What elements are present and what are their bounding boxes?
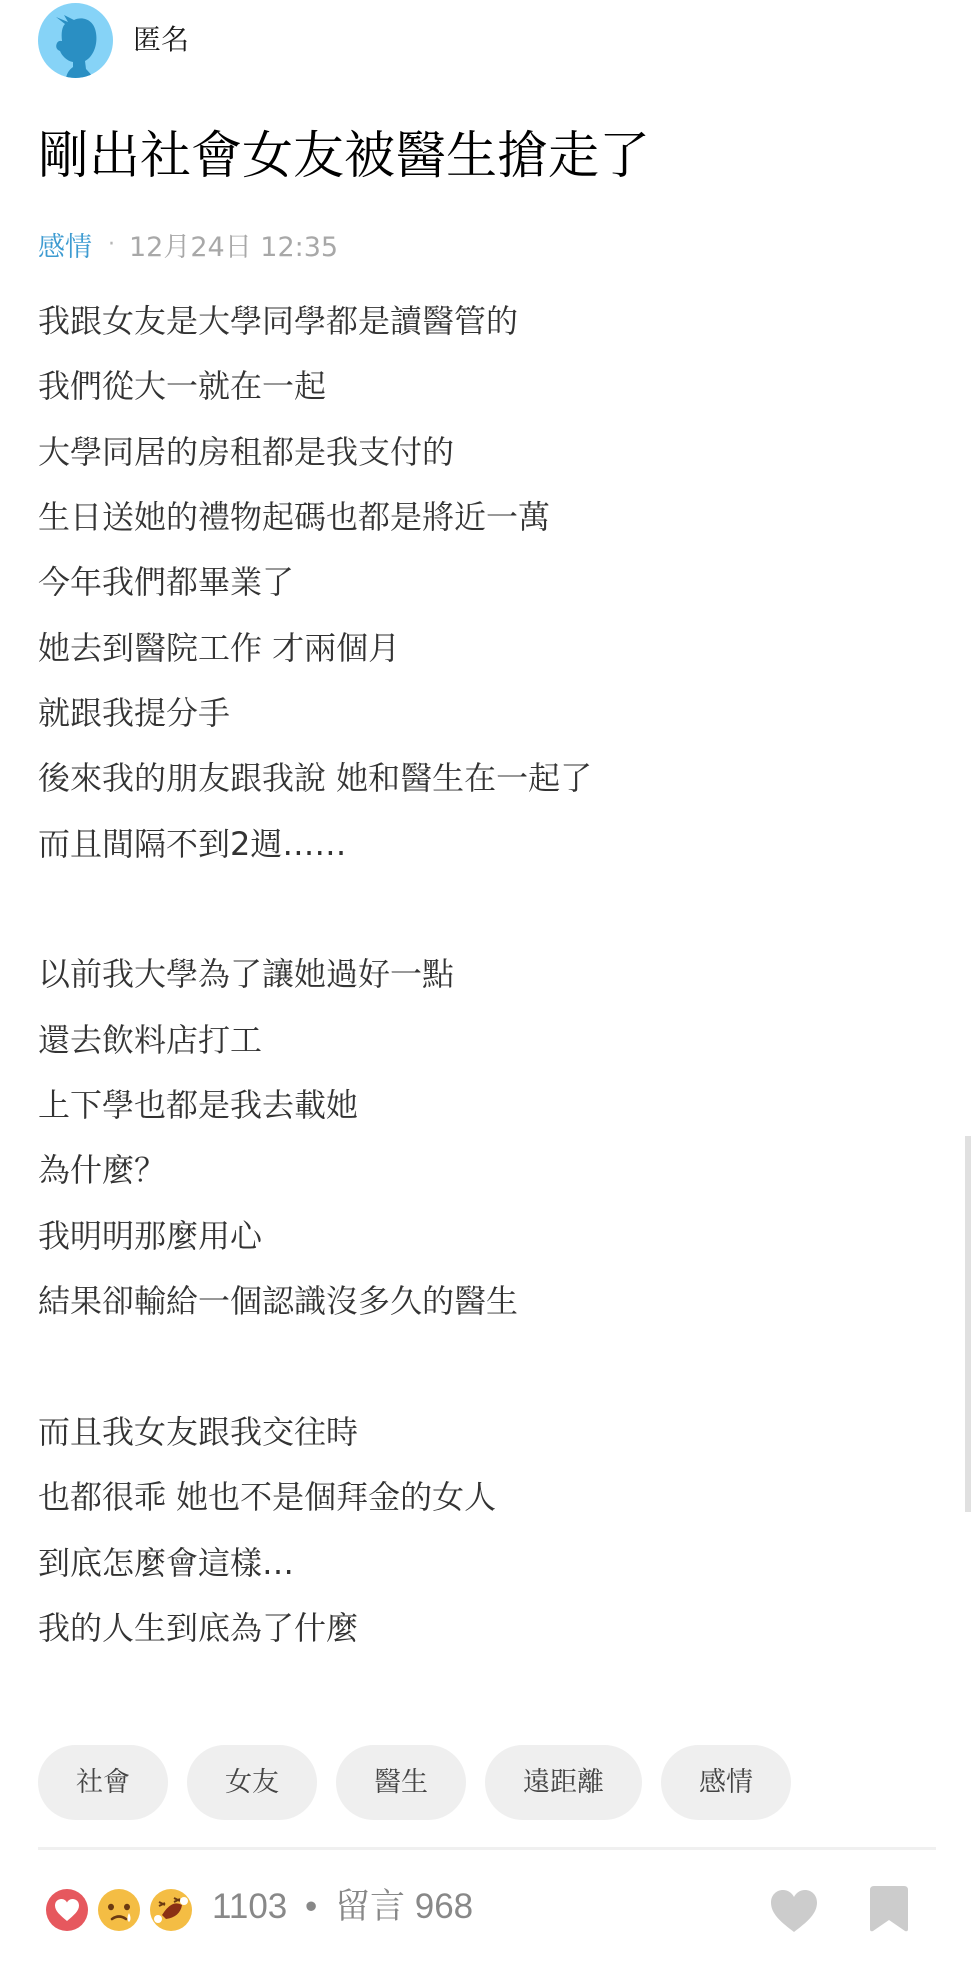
post-title: 剛出社會女友被醫生搶走了 xyxy=(38,122,650,192)
tag-society[interactable]: 社會 xyxy=(38,1745,168,1820)
body-line: 以前我大學為了讓她過好一點 xyxy=(38,942,938,1007)
tag-relationship[interactable]: 感情 xyxy=(661,1745,791,1820)
author-name[interactable]: 匿名 xyxy=(133,20,189,60)
comment-label[interactable]: 留言 xyxy=(335,1887,405,1926)
comment-count[interactable]: 968 xyxy=(415,1887,473,1926)
reaction-summary[interactable] xyxy=(46,1889,192,1931)
tag-doctor[interactable]: 醫生 xyxy=(336,1745,466,1820)
body-line: 生日送她的禮物起碼也都是將近一萬 xyxy=(38,485,938,550)
body-line: 結果卻輸給一個認識沒多久的醫生 xyxy=(38,1269,938,1334)
body-blank-line xyxy=(38,877,938,942)
anonymous-avatar-icon xyxy=(38,3,113,78)
meta-separator: · xyxy=(108,232,115,257)
save-button[interactable] xyxy=(870,1886,908,1932)
body-line: 而且間隔不到2週…… xyxy=(38,812,938,877)
body-line: 今年我們都畢業了 xyxy=(38,550,938,615)
body-line: 為什麼？ xyxy=(38,1138,938,1203)
category-link[interactable]: 感情 xyxy=(38,225,92,264)
post-body: 我跟女友是大學同學都是讀醫管的 我們從大一就在一起 大學同居的房租都是我支付的 … xyxy=(38,289,938,1661)
tag-list: 社會 女友 醫生 遠距離 感情 xyxy=(38,1745,791,1820)
body-line: 我的人生到底為了什麼 xyxy=(38,1596,938,1661)
scrollbar-thumb[interactable] xyxy=(965,1136,971,1512)
body-line: 上下學也都是我去載她 xyxy=(38,1073,938,1138)
body-line: 她去到醫院工作 才兩個月 xyxy=(38,616,938,681)
body-line: 我明明那麼用心 xyxy=(38,1204,938,1269)
body-line: 大學同居的房租都是我支付的 xyxy=(38,420,938,485)
body-line: 而且我女友跟我交往時 xyxy=(38,1400,938,1465)
avatar[interactable] xyxy=(38,3,113,78)
stats-separator: • xyxy=(305,1887,317,1926)
sad-face-reaction-icon xyxy=(98,1889,140,1931)
post-meta: 感情 · 12月24日 12:35 xyxy=(38,224,338,264)
body-line: 也都很乖 她也不是個拜金的女人 xyxy=(38,1465,938,1530)
reaction-count[interactable]: 1103 xyxy=(212,1887,287,1926)
body-line: 我跟女友是大學同學都是讀醫管的 xyxy=(38,289,938,354)
post-timestamp: 12月24日 12:35 xyxy=(129,225,338,264)
tag-long-distance[interactable]: 遠距離 xyxy=(485,1745,642,1820)
like-button[interactable] xyxy=(770,1889,818,1933)
heart-icon xyxy=(770,1889,818,1933)
tag-girlfriend[interactable]: 女友 xyxy=(187,1745,317,1820)
bookmark-icon xyxy=(870,1886,908,1932)
body-line: 我們從大一就在一起 xyxy=(38,354,938,419)
laughing-face-reaction-icon xyxy=(150,1889,192,1931)
divider xyxy=(38,1847,936,1850)
heart-reaction-icon xyxy=(46,1889,88,1931)
body-line: 還去飲料店打工 xyxy=(38,1008,938,1073)
body-blank-line xyxy=(38,1335,938,1400)
body-line: 就跟我提分手 xyxy=(38,681,938,746)
body-line: 到底怎麼會這樣… xyxy=(38,1531,938,1596)
body-line: 後來我的朋友跟我說 她和醫生在一起了 xyxy=(38,746,938,811)
post-stats: 1103 • 留言 968 xyxy=(212,1884,473,1930)
